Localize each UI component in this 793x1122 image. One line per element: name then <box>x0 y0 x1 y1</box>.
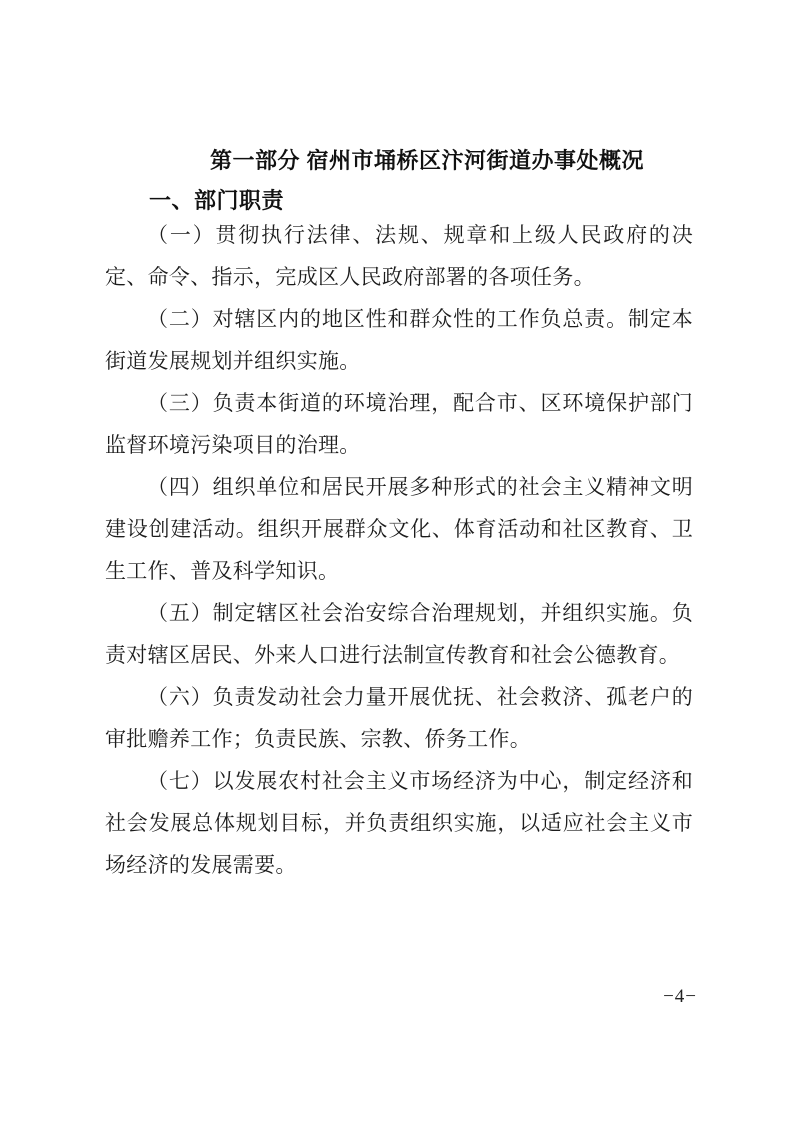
body-text: （一）贯彻执行法律、法规、规章和上级人民政府的决定、命令、指示，完成区人民政府部… <box>105 214 693 886</box>
page-number: −4− <box>663 986 697 1008</box>
body-paragraph: （一）贯彻执行法律、法规、规章和上级人民政府的决定、命令、指示，完成区人民政府部… <box>105 214 693 298</box>
document-page: 第一部分 宿州市埇桥区汴河街道办事处概况 一、部门职责 （一）贯彻执行法律、法规… <box>0 0 793 1122</box>
body-paragraph: （七）以发展农村社会主义市场经济为中心，制定经济和社会发展总体规划目标，并负责组… <box>105 760 693 886</box>
body-paragraph: （三）负责本街道的环境治理，配合市、区环境保护部门监督环境污染项目的治理。 <box>105 382 693 466</box>
body-paragraph: （六）负责发动社会力量开展优抚、社会救济、孤老户的审批赡养工作；负责民族、宗教、… <box>105 676 693 760</box>
body-paragraph: （二）对辖区内的地区性和群众性的工作负总责。制定本街道发展规划并组织实施。 <box>105 298 693 382</box>
document-title: 第一部分 宿州市埇桥区汴河街道办事处概况 <box>105 143 693 179</box>
page-content: 第一部分 宿州市埇桥区汴河街道办事处概况 一、部门职责 （一）贯彻执行法律、法规… <box>105 143 693 886</box>
section-heading: 一、部门职责 <box>105 188 693 214</box>
body-paragraph: （四）组织单位和居民开展多种形式的社会主义精神文明建设创建活动。组织开展群众文化… <box>105 466 693 592</box>
body-paragraph: （五）制定辖区社会治安综合治理规划，并组织实施。负责对辖区居民、外来人口进行法制… <box>105 592 693 676</box>
